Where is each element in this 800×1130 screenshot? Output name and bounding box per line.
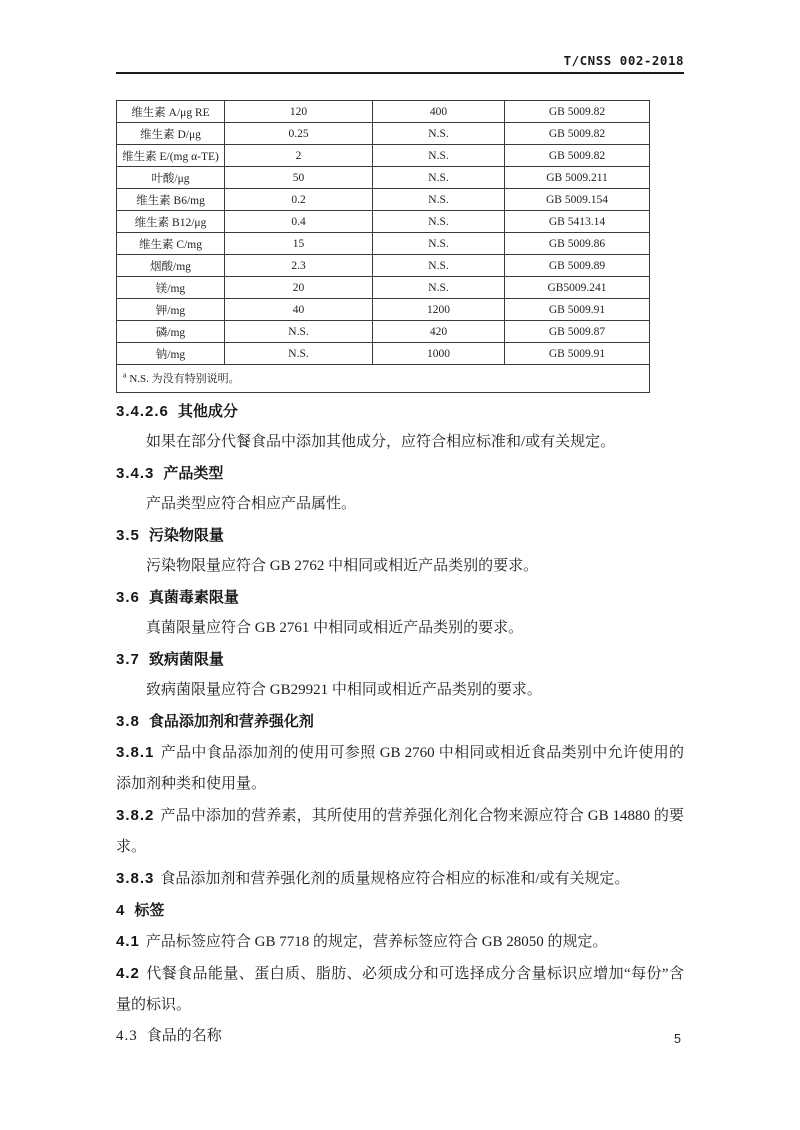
page-content: T/CNSS 002-2018 维生素 A/μg RE 120 400 GB 5… [116,0,684,1052]
heading-title: 污染物限量 [149,527,224,544]
clause-paragraph: 3.8.2产品中添加的营养素，其所使用的营养强化剂化合物来源应符合 GB 148… [116,800,684,863]
section-heading: 3.6真菌毒素限量 [116,582,684,613]
heading-title: 食品添加剂和营养强化剂 [149,713,314,730]
table-row: 维生素 D/μg 0.25 N.S. GB 5009.82 [117,123,650,145]
nutrient-name-cell: 维生素 A/μg RE [117,101,225,123]
value-1-cell: 50 [225,167,373,189]
heading-number: 4 [116,902,125,919]
value-1-cell: 0.25 [225,123,373,145]
clause-paragraph: 3.8.3食品添加剂和营养强化剂的质量规格应符合相应的标准和/或有关规定。 [116,863,684,895]
nutrient-name-cell: 磷/mg [117,321,225,343]
table-body: 维生素 A/μg RE 120 400 GB 5009.82 维生素 D/μg … [117,101,650,365]
table-row: 磷/mg N.S. 420 GB 5009.87 [117,321,650,343]
value-2-cell: N.S. [373,123,505,145]
value-2-cell: 420 [373,321,505,343]
nutrient-name-cell: 维生素 C/mg [117,233,225,255]
section-heading: 3.4.3产品类型 [116,458,684,489]
clause-number: 3.8.3 [116,870,154,887]
section-heading: 4标签 [116,895,684,926]
clause-number: 4.2 [116,965,140,982]
test-method-cell: GB 5413.14 [505,211,650,233]
heading-number: 4.3 [116,1028,138,1044]
value-2-cell: N.S. [373,145,505,167]
nutrient-name-cell: 维生素 D/μg [117,123,225,145]
table-row: 维生素 B12/μg 0.4 N.S. GB 5413.14 [117,211,650,233]
value-2-cell: N.S. [373,211,505,233]
value-1-cell: 2.3 [225,255,373,277]
nutrient-name-cell: 钠/mg [117,343,225,365]
heading-title: 真菌毒素限量 [149,589,239,606]
heading-title: 产品类型 [163,465,223,482]
section-heading: 3.5污染物限量 [116,520,684,551]
nutrient-name-cell: 叶酸/μg [117,167,225,189]
test-method-cell: GB 5009.154 [505,189,650,211]
document-sections: 3.4.2.6其他成分如果在部分代餐食品中添加其他成分，应符合相应标准和/或有关… [116,396,684,1052]
table-row: 钾/mg 40 1200 GB 5009.91 [117,299,650,321]
table-row: 叶酸/μg 50 N.S. GB 5009.211 [117,167,650,189]
table-footnote-row: a N.S. 为没有特别说明。 [117,365,650,393]
table-row: 钠/mg N.S. 1000 GB 5009.91 [117,343,650,365]
value-2-cell: N.S. [373,167,505,189]
value-2-cell: N.S. [373,189,505,211]
test-method-cell: GB 5009.82 [505,123,650,145]
section-heading: 4.3食品的名称 [116,1021,684,1052]
heading-number: 3.6 [116,589,140,606]
clause-paragraph: 3.8.1产品中食品添加剂的使用可参照 GB 2760 中相同或相近食品类别中允… [116,737,684,800]
value-1-cell: 15 [225,233,373,255]
heading-title: 致病菌限量 [149,651,224,668]
section-heading: 3.7致病菌限量 [116,644,684,675]
table-row: 烟酸/mg 2.3 N.S. GB 5009.89 [117,255,650,277]
clause-number: 3.8.1 [116,744,154,761]
clause-paragraph: 4.1产品标签应符合 GB 7718 的规定，营养标签应符合 GB 28050 … [116,926,684,958]
body-paragraph: 产品类型应符合相应产品属性。 [116,489,684,520]
body-paragraph: 如果在部分代餐食品中添加其他成分，应符合相应标准和/或有关规定。 [116,427,684,458]
heading-number: 3.5 [116,527,140,544]
value-1-cell: N.S. [225,343,373,365]
test-method-cell: GB 5009.91 [505,343,650,365]
heading-number: 3.8 [116,713,140,730]
clause-number: 3.8.2 [116,807,154,824]
test-method-cell: GB 5009.82 [505,145,650,167]
footnote-text: N.S. 为没有特别说明。 [129,373,239,385]
nutrient-name-cell: 钾/mg [117,299,225,321]
value-1-cell: 2 [225,145,373,167]
page-number: 5 [674,1032,681,1046]
footnote-marker: a [123,370,127,379]
body-paragraph: 真菌限量应符合 GB 2761 中相同或相近产品类别的要求。 [116,613,684,644]
nutrient-name-cell: 镁/mg [117,277,225,299]
table-row: 维生素 B6/mg 0.2 N.S. GB 5009.154 [117,189,650,211]
value-2-cell: 1200 [373,299,505,321]
section-heading: 3.8食品添加剂和营养强化剂 [116,706,684,737]
heading-title: 食品的名称 [147,1028,222,1044]
table-row: 维生素 E/(mg α-TE) 2 N.S. GB 5009.82 [117,145,650,167]
heading-number: 3.4.2.6 [116,403,169,420]
body-paragraph: 致病菌限量应符合 GB29921 中相同或相近产品类别的要求。 [116,675,684,706]
body-paragraph: 污染物限量应符合 GB 2762 中相同或相近产品类别的要求。 [116,551,684,582]
heading-title: 其他成分 [178,403,238,420]
table-row: 维生素 A/μg RE 120 400 GB 5009.82 [117,101,650,123]
test-method-cell: GB 5009.86 [505,233,650,255]
heading-number: 3.7 [116,651,140,668]
heading-number: 3.4.3 [116,465,154,482]
document-page: T/CNSS 002-2018 维生素 A/μg RE 120 400 GB 5… [0,0,800,1130]
nutrient-limits-table: 维生素 A/μg RE 120 400 GB 5009.82 维生素 D/μg … [116,100,650,393]
nutrient-name-cell: 维生素 B12/μg [117,211,225,233]
value-2-cell: 400 [373,101,505,123]
test-method-cell: GB5009.241 [505,277,650,299]
value-2-cell: 1000 [373,343,505,365]
table-footnote-body: a N.S. 为没有特别说明。 [117,365,650,393]
test-method-cell: GB 5009.89 [505,255,650,277]
standard-number-header: T/CNSS 002-2018 [116,0,684,68]
test-method-cell: GB 5009.82 [505,101,650,123]
value-2-cell: N.S. [373,255,505,277]
test-method-cell: GB 5009.211 [505,167,650,189]
table-row: 镁/mg 20 N.S. GB5009.241 [117,277,650,299]
nutrient-name-cell: 维生素 B6/mg [117,189,225,211]
nutrient-name-cell: 烟酸/mg [117,255,225,277]
clause-paragraph: 4.2代餐食品能量、蛋白质、脂肪、必须成分和可选择成分含量标识应增加“每份”含量… [116,958,684,1021]
value-1-cell: 0.4 [225,211,373,233]
value-2-cell: N.S. [373,233,505,255]
heading-title: 标签 [134,902,164,919]
value-1-cell: 40 [225,299,373,321]
value-1-cell: 0.2 [225,189,373,211]
value-1-cell: N.S. [225,321,373,343]
table-footnote-cell: a N.S. 为没有特别说明。 [117,365,650,393]
test-method-cell: GB 5009.91 [505,299,650,321]
value-2-cell: N.S. [373,277,505,299]
test-method-cell: GB 5009.87 [505,321,650,343]
value-1-cell: 20 [225,277,373,299]
value-1-cell: 120 [225,101,373,123]
clause-number: 4.1 [116,933,140,950]
header-rule [116,72,684,74]
section-heading: 3.4.2.6其他成分 [116,396,684,427]
table-row: 维生素 C/mg 15 N.S. GB 5009.86 [117,233,650,255]
nutrient-name-cell: 维生素 E/(mg α-TE) [117,145,225,167]
